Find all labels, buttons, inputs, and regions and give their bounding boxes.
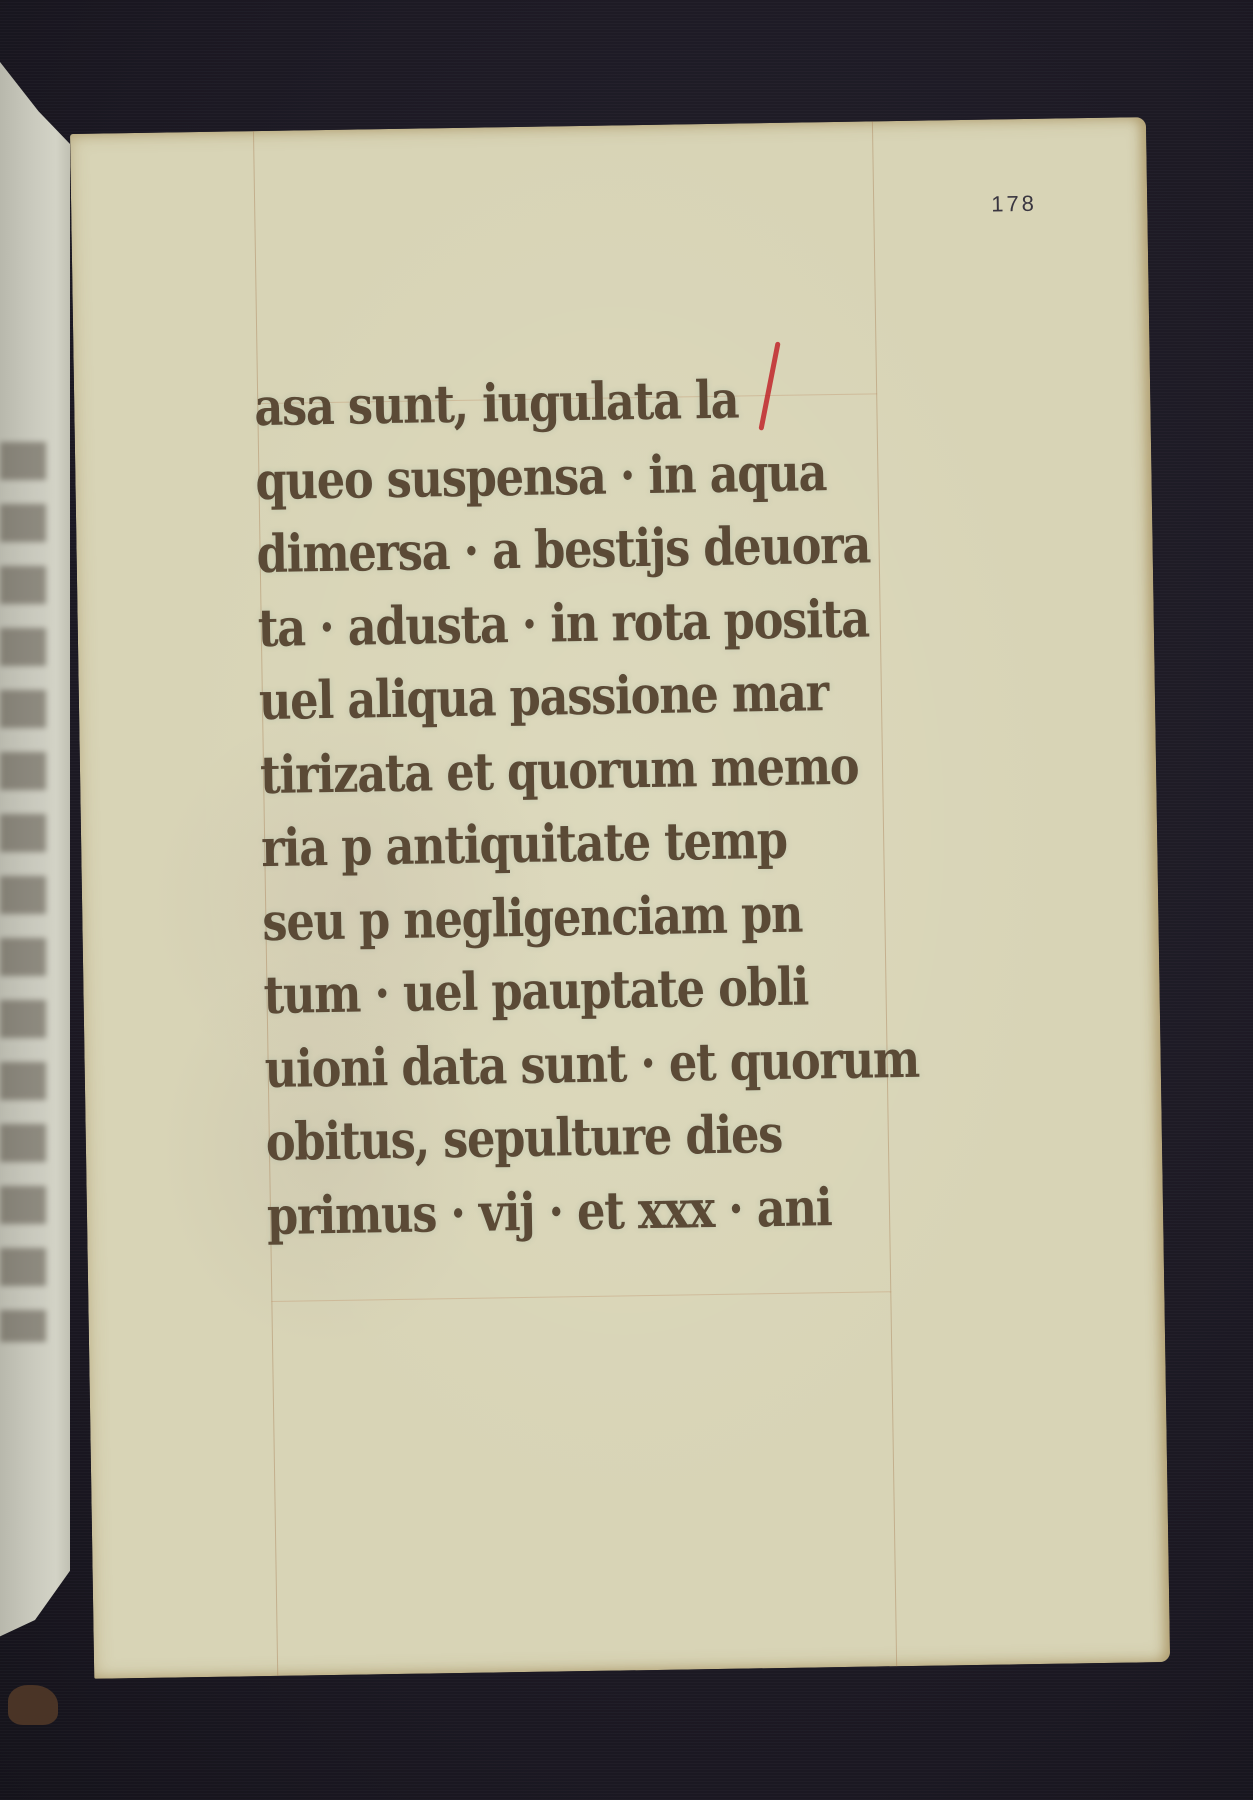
ruling-line-bottom <box>271 1291 891 1302</box>
text-line: ria p antiquitate temp <box>261 804 795 886</box>
manuscript-page: 178 asa sunt, iugulata la queo suspensa … <box>70 117 1170 1679</box>
text-line: primus · vij · et xxx · ani <box>266 1171 800 1253</box>
folio-number: 178 <box>991 191 1037 218</box>
previous-leaf-text-blur <box>0 442 46 1342</box>
text-line: queo suspensa · in aqua <box>255 436 789 518</box>
text-block: asa sunt, iugulata la queo suspensa · in… <box>254 361 888 1253</box>
text-line: uel aliqua passione mar <box>258 657 792 739</box>
binding-corner <box>8 1685 58 1725</box>
text-line: tirizata et quorum memo <box>260 730 794 812</box>
text-line: uioni data sunt · et quorum <box>264 1024 798 1106</box>
text-line: tum · uel pauptate obli <box>263 951 797 1033</box>
text-line: seu p negligenciam pn <box>262 877 796 959</box>
text-line: obitus, sepulture dies <box>265 1098 799 1180</box>
text-line: dimersa · a bestijs deuora <box>256 510 790 592</box>
text-line: ta · adusta · in rota posita <box>257 583 791 665</box>
text-line: asa sunt, iugulata la <box>254 363 788 445</box>
previous-leaf-edge <box>0 62 70 1702</box>
